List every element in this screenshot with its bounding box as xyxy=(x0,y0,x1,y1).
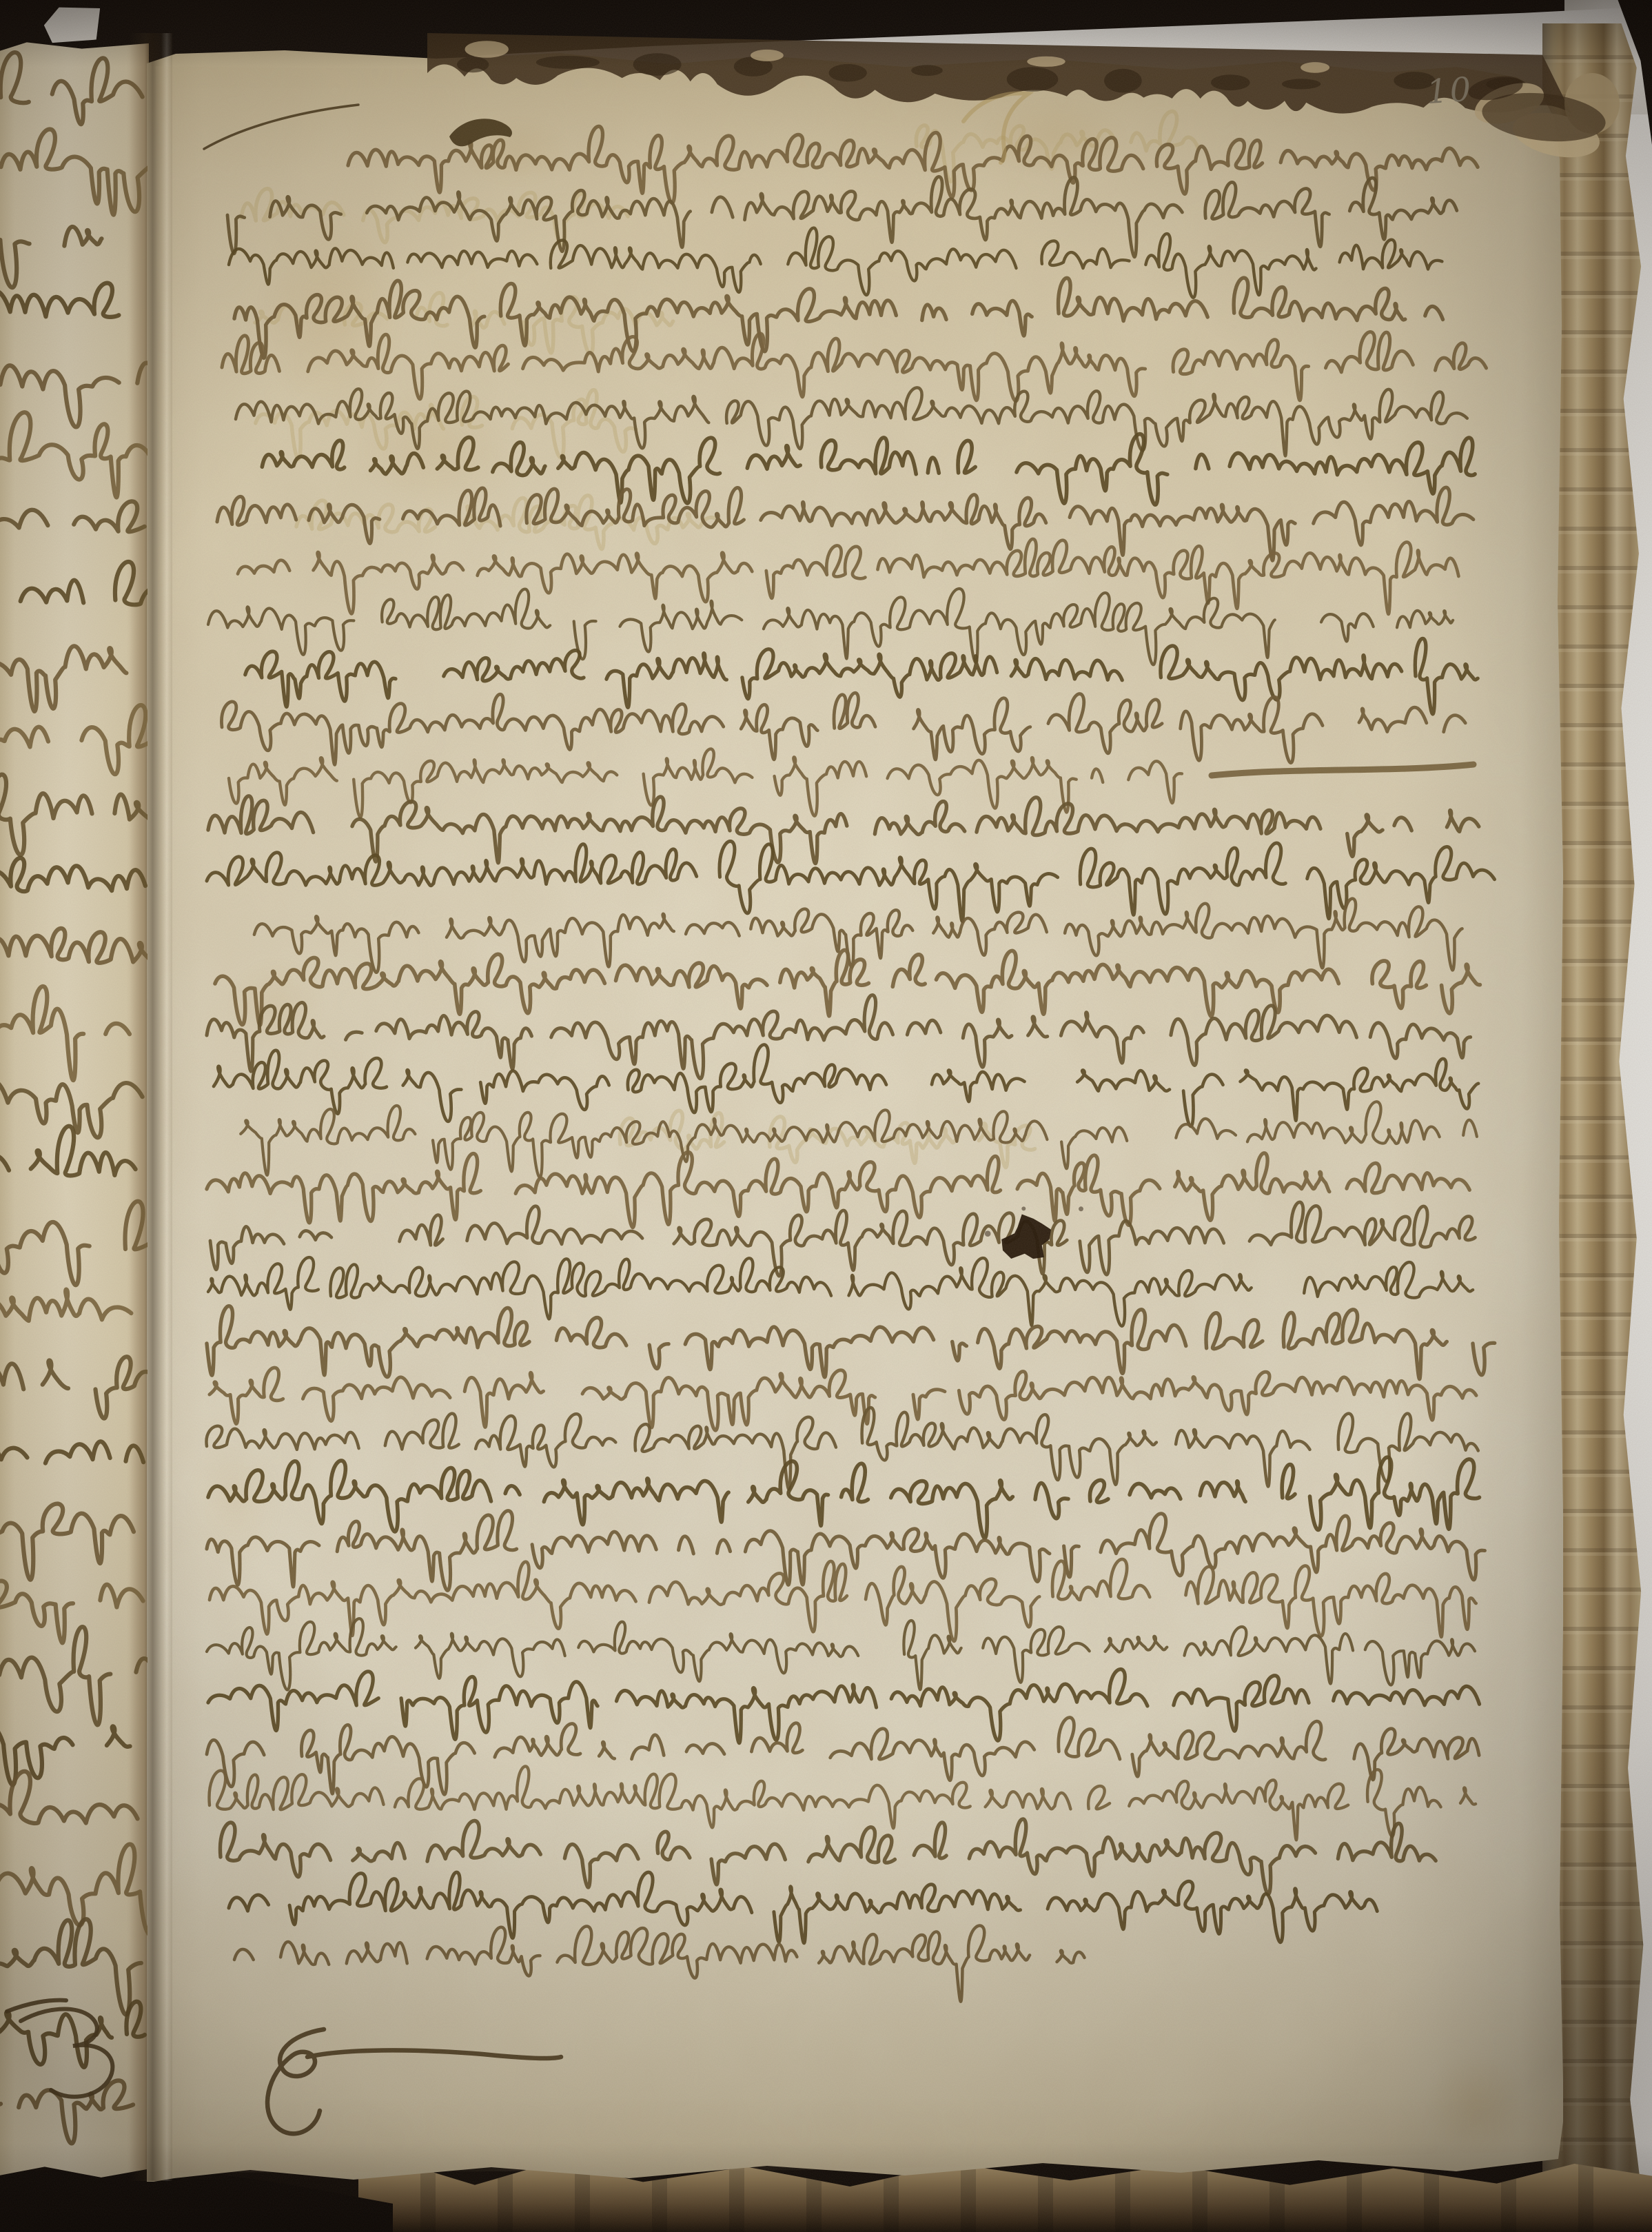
page-number: 10 xyxy=(1425,68,1511,112)
manuscript-photo: 10 xyxy=(0,0,1652,2232)
photo-grain xyxy=(0,0,1652,2232)
handwriting-layer xyxy=(0,0,1652,2232)
